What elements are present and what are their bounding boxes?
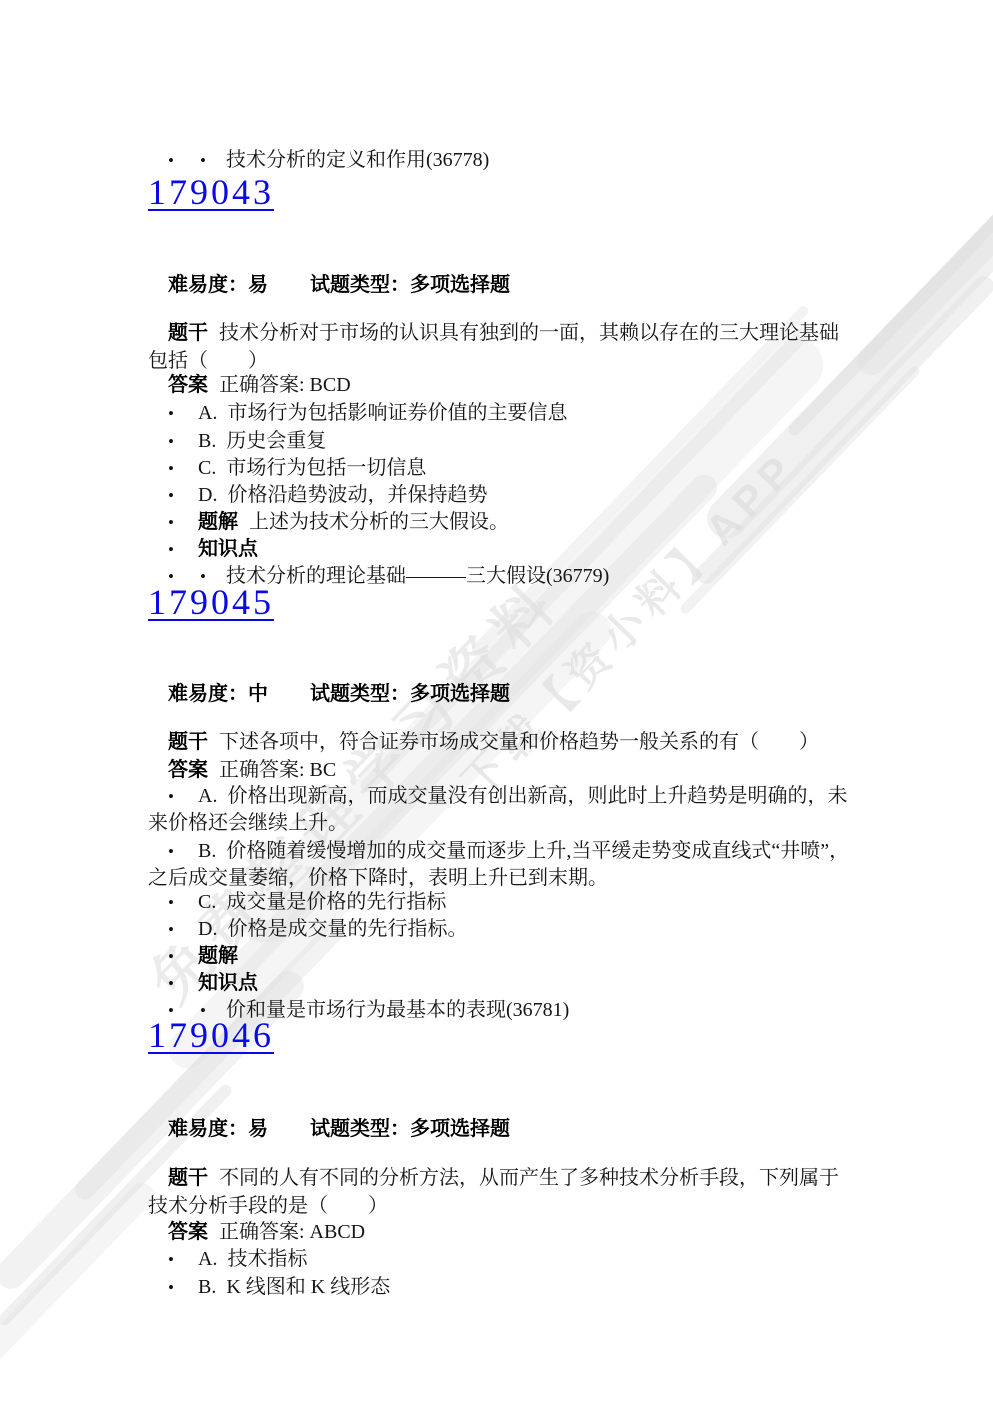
knowledge-point-text: 技术分析的定义和作用(36778)	[226, 149, 489, 171]
option-item: •B. K 线图和 K 线形态	[148, 1245, 850, 1330]
knowledge-point-text: 价和量是市场行为最基本的表现(36781)	[226, 999, 569, 1021]
bullet-icon: •	[168, 1274, 198, 1302]
document-page: 免费整理学习资料 下载【资小料】APP ••技术分析的定义和作用(36778) …	[0, 0, 993, 1404]
question-id-link[interactable]: 179045	[148, 581, 274, 623]
question-id-link[interactable]: 179043	[148, 171, 274, 213]
stem-label: 题干	[168, 322, 208, 344]
option-text: B. K 线图和 K 线形态	[198, 1276, 390, 1298]
bullet-icon: •	[168, 783, 198, 811]
knowledge-point-text: 技术分析的理论基础———三大假设(36779)	[226, 565, 609, 587]
stem-label: 题干	[168, 1167, 208, 1189]
question-id-link[interactable]: 179046	[148, 1014, 274, 1056]
